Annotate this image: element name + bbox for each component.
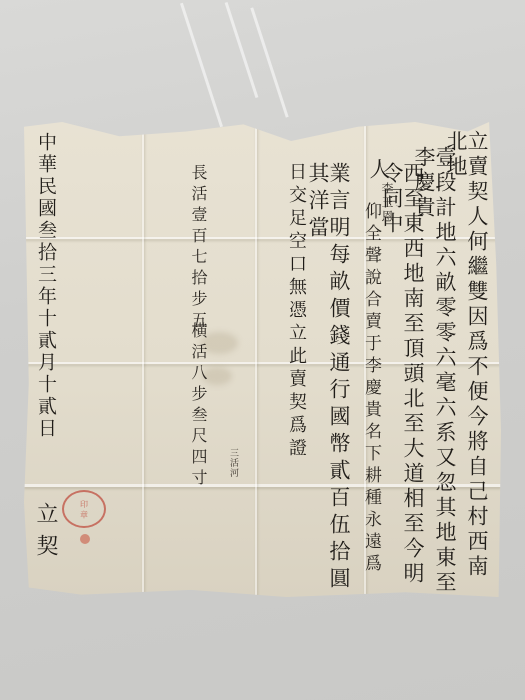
signature: 立契 xyxy=(34,502,56,566)
body-column-5: 業言明每畝價錢通行國幣貳百伍拾圓其洋當 xyxy=(307,162,349,597)
seal-text: 印 章 xyxy=(79,500,90,519)
glare-streak xyxy=(180,3,223,128)
width-note: 三活河 xyxy=(228,448,237,478)
interline-note-2: 仰全聲說合賣于李慶貴名下耕種永遠爲 xyxy=(362,202,379,576)
interline-note-1: 李玉恩 xyxy=(381,182,393,224)
length-measurement: 長活壹百七拾步五 xyxy=(190,164,206,332)
body-column-4: 人 xyxy=(368,158,389,183)
fold-line xyxy=(255,122,257,597)
body-column-3: 西至東西地南至頂頭北至大道相至今明令同中 xyxy=(381,162,423,597)
glare-streak xyxy=(250,7,288,117)
date-line: 中華民國叁拾三年十貳月十貳日 xyxy=(36,132,55,440)
red-seal: 印 章 xyxy=(62,490,106,528)
contract-paper: 立賣契人何繼雙因爲不便今將自己村西南北地 壹段計地六畝零零六毫六系又忽其地東至李… xyxy=(24,122,501,597)
small-seal xyxy=(80,534,90,544)
fold-line xyxy=(142,122,144,597)
body-column-6: 日交足空口無憑立此賣契爲證 xyxy=(287,162,305,461)
width-measurement: 横活八步叁尺四寸 xyxy=(190,322,206,490)
